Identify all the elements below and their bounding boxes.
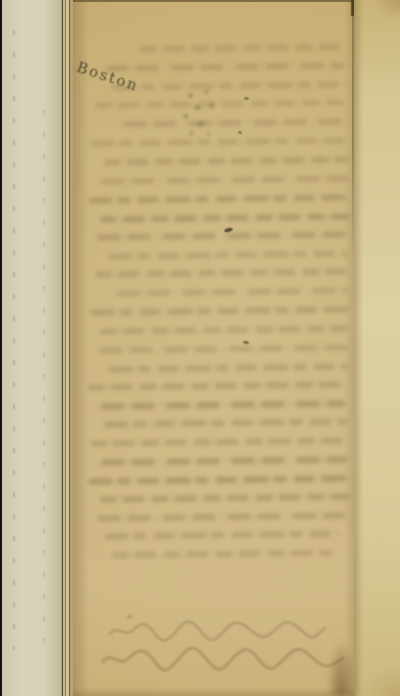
corner-shadow [328, 634, 358, 696]
page-top-edge [73, 0, 354, 2]
facing-page-edge [2, 0, 62, 696]
ink-speck [244, 97, 249, 100]
paper-streak [43, 110, 45, 650]
handwriting-marks [95, 612, 355, 682]
binding-gutter [62, 0, 73, 696]
ink-smudge [165, 75, 235, 146]
paper-streak [13, 30, 15, 650]
book-scan: Boston [0, 0, 400, 696]
fore-edge-pages [354, 0, 400, 696]
